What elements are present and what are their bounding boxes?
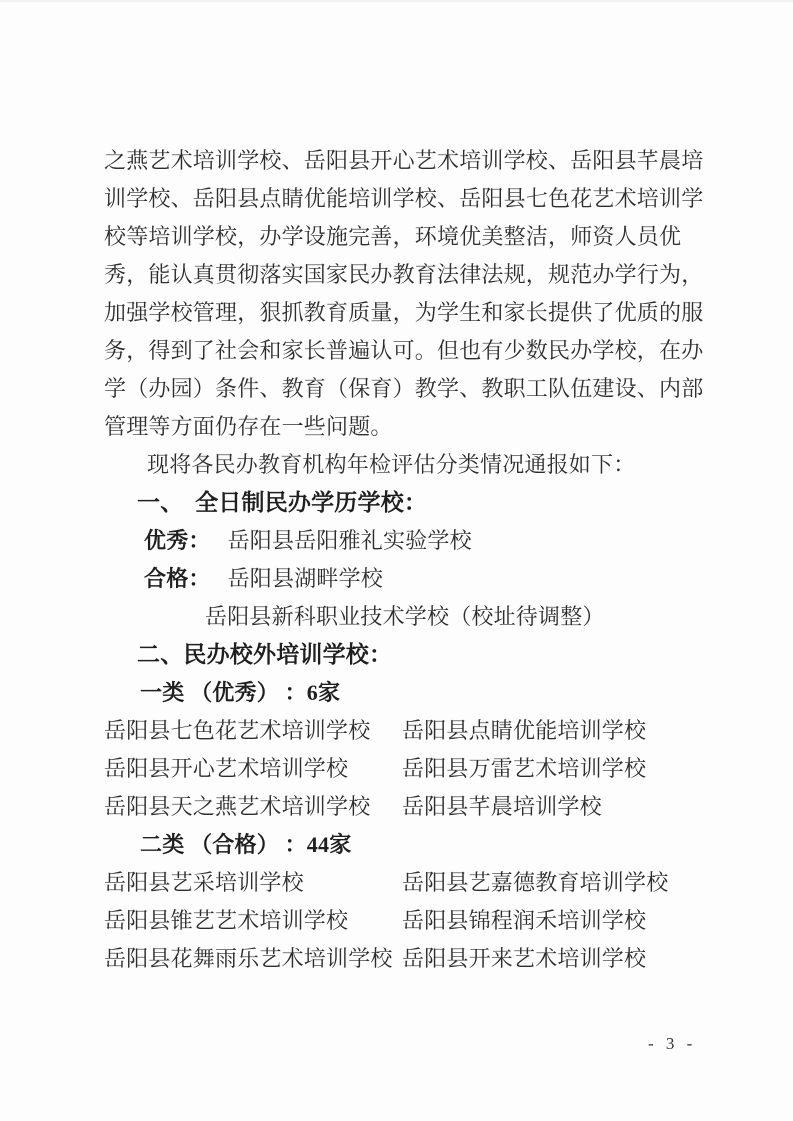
- section2-heading: 二、民办校外培训学校：: [104, 636, 714, 674]
- school-name-left: 岳阳县开心艺术培训学校: [104, 750, 402, 788]
- school-name-left: 岳阳县七色花艺术培训学校: [104, 712, 402, 750]
- paragraph-line: 秀，能认真贯彻落实国家民办教育法律法规，规范办学行为，: [104, 256, 714, 294]
- paragraph-line: 训学校、岳阳县点睛优能培训学校、岳阳县七色花艺术培训学: [104, 180, 714, 218]
- qualified-label: 合格：: [144, 566, 211, 591]
- qualified-line-2: 岳阳县新科职业技术学校（校址待调整）: [104, 598, 714, 636]
- school-row: 岳阳县开心艺术培训学校岳阳县万雷艺术培训学校: [104, 750, 714, 788]
- section1-heading: 一、 全日制民办学历学校：: [104, 484, 714, 522]
- school-row: 岳阳县花舞雨乐艺术培训学校岳阳县开来艺术培训学校: [104, 940, 714, 978]
- paragraph-line: 加强学校管理，狠抓教育质量，为学生和家长提供了优质的服: [104, 294, 714, 332]
- school-name-right: 岳阳县芊晨培训学校: [402, 788, 714, 826]
- paragraph-line: 务，得到了社会和家长普遍认可。但也有少数民办学校，在办: [104, 332, 714, 370]
- school-name-right: 岳阳县开来艺术培训学校: [402, 940, 714, 978]
- paragraph-line: 学（办园）条件、教育（保育）教学、教职工队伍建设、内部: [104, 370, 714, 408]
- page-number: - 3 -: [648, 1034, 696, 1054]
- document-page: 之燕艺术培训学校、岳阳县开心艺术培训学校、岳阳县芊晨培 训学校、岳阳县点睛优能培…: [0, 0, 793, 1121]
- paragraph-line: 校等培训学校，办学设施完善，环境优美整洁，师资人员优: [104, 218, 714, 256]
- class2-heading: 二类 （合格） ：44家: [104, 826, 714, 864]
- school-name-left: 岳阳县天之燕艺术培训学校: [104, 788, 402, 826]
- school-name-right: 岳阳县锦程润禾培训学校: [402, 902, 714, 940]
- excellent-line: 优秀：岳阳县岳阳雅礼实验学校: [104, 522, 714, 560]
- excellent-label: 优秀：: [144, 528, 211, 553]
- paragraph-line: 之燕艺术培训学校、岳阳县开心艺术培训学校、岳阳县芊晨培: [104, 142, 714, 180]
- school-name-left: 岳阳县艺采培训学校: [104, 864, 402, 902]
- school-name-right: 岳阳县万雷艺术培训学校: [402, 750, 714, 788]
- school-name-left: 岳阳县花舞雨乐艺术培训学校: [104, 940, 402, 978]
- school-name-left: 岳阳县锥艺艺术培训学校: [104, 902, 402, 940]
- school-row: 岳阳县七色花艺术培训学校岳阳县点睛优能培训学校: [104, 712, 714, 750]
- qualified-line: 合格：岳阳县湖畔学校: [104, 560, 714, 598]
- school-row: 岳阳县锥艺艺术培训学校岳阳县锦程润禾培训学校: [104, 902, 714, 940]
- document-content: 之燕艺术培训学校、岳阳县开心艺术培训学校、岳阳县芊晨培 训学校、岳阳县点睛优能培…: [104, 142, 714, 978]
- qualified-value: 岳阳县湖畔学校: [228, 566, 383, 591]
- paragraph-line: 管理等方面仍存在一些问题。: [104, 408, 714, 446]
- school-name-right: 岳阳县艺嘉德教育培训学校: [402, 864, 714, 902]
- excellent-value: 岳阳县岳阳雅礼实验学校: [228, 528, 472, 553]
- intro-line: 现将各民办教育机构年检评估分类情况通报如下：: [104, 446, 714, 484]
- school-name-right: 岳阳县点睛优能培训学校: [402, 712, 714, 750]
- school-row: 岳阳县天之燕艺术培训学校岳阳县芊晨培训学校: [104, 788, 714, 826]
- school-row: 岳阳县艺采培训学校岳阳县艺嘉德教育培训学校: [104, 864, 714, 902]
- class1-heading: 一类 （优秀） ：6家: [104, 674, 714, 712]
